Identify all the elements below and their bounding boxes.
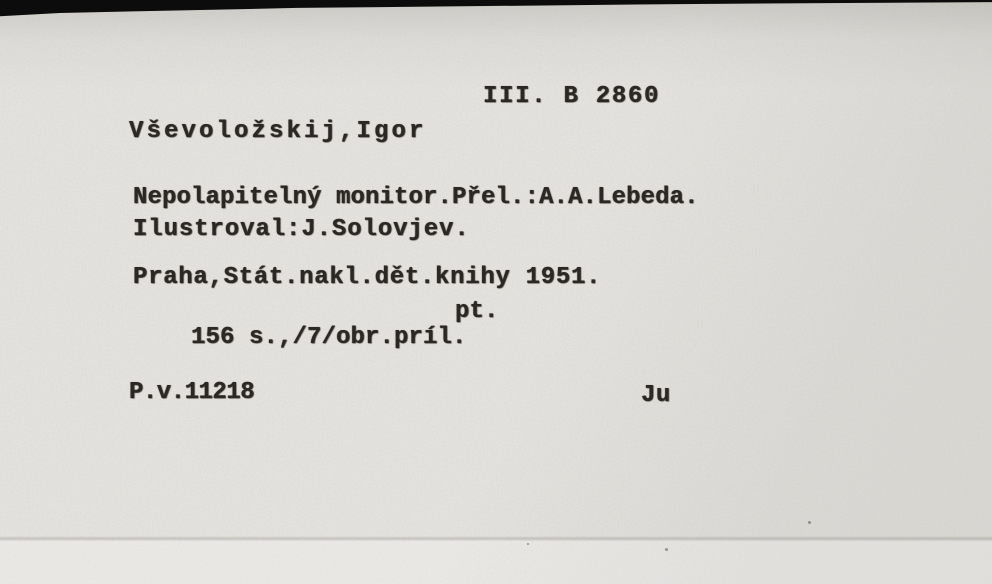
card-bottom-lighter-area xyxy=(0,541,992,584)
imprint-line: Praha,Stát.nakl.dět.knihy 1951. xyxy=(133,265,601,291)
paper-speck xyxy=(665,548,668,551)
paper-speck xyxy=(527,543,529,545)
call-number: III. B 2860 xyxy=(483,84,660,110)
accession-number: P.v.11218 xyxy=(129,380,254,406)
library-catalog-card: III. B 2860 Vševoložskij,Igor Nepolapite… xyxy=(0,0,992,584)
author-heading: Vševoložskij,Igor xyxy=(129,119,427,145)
paper-speck xyxy=(808,521,811,524)
title-statement-line-1: Nepolapitelný monitor.Přel.:A.A.Lebeda. xyxy=(133,185,699,211)
price-code: pt. xyxy=(455,299,499,325)
cataloguer-initials: Ju xyxy=(641,383,671,409)
title-statement-line-2: Ilustroval:J.Solovjev. xyxy=(133,217,470,243)
collation: 156 s.,/7/obr.príl. xyxy=(191,324,467,351)
card-top-edge-shadow xyxy=(0,0,992,18)
